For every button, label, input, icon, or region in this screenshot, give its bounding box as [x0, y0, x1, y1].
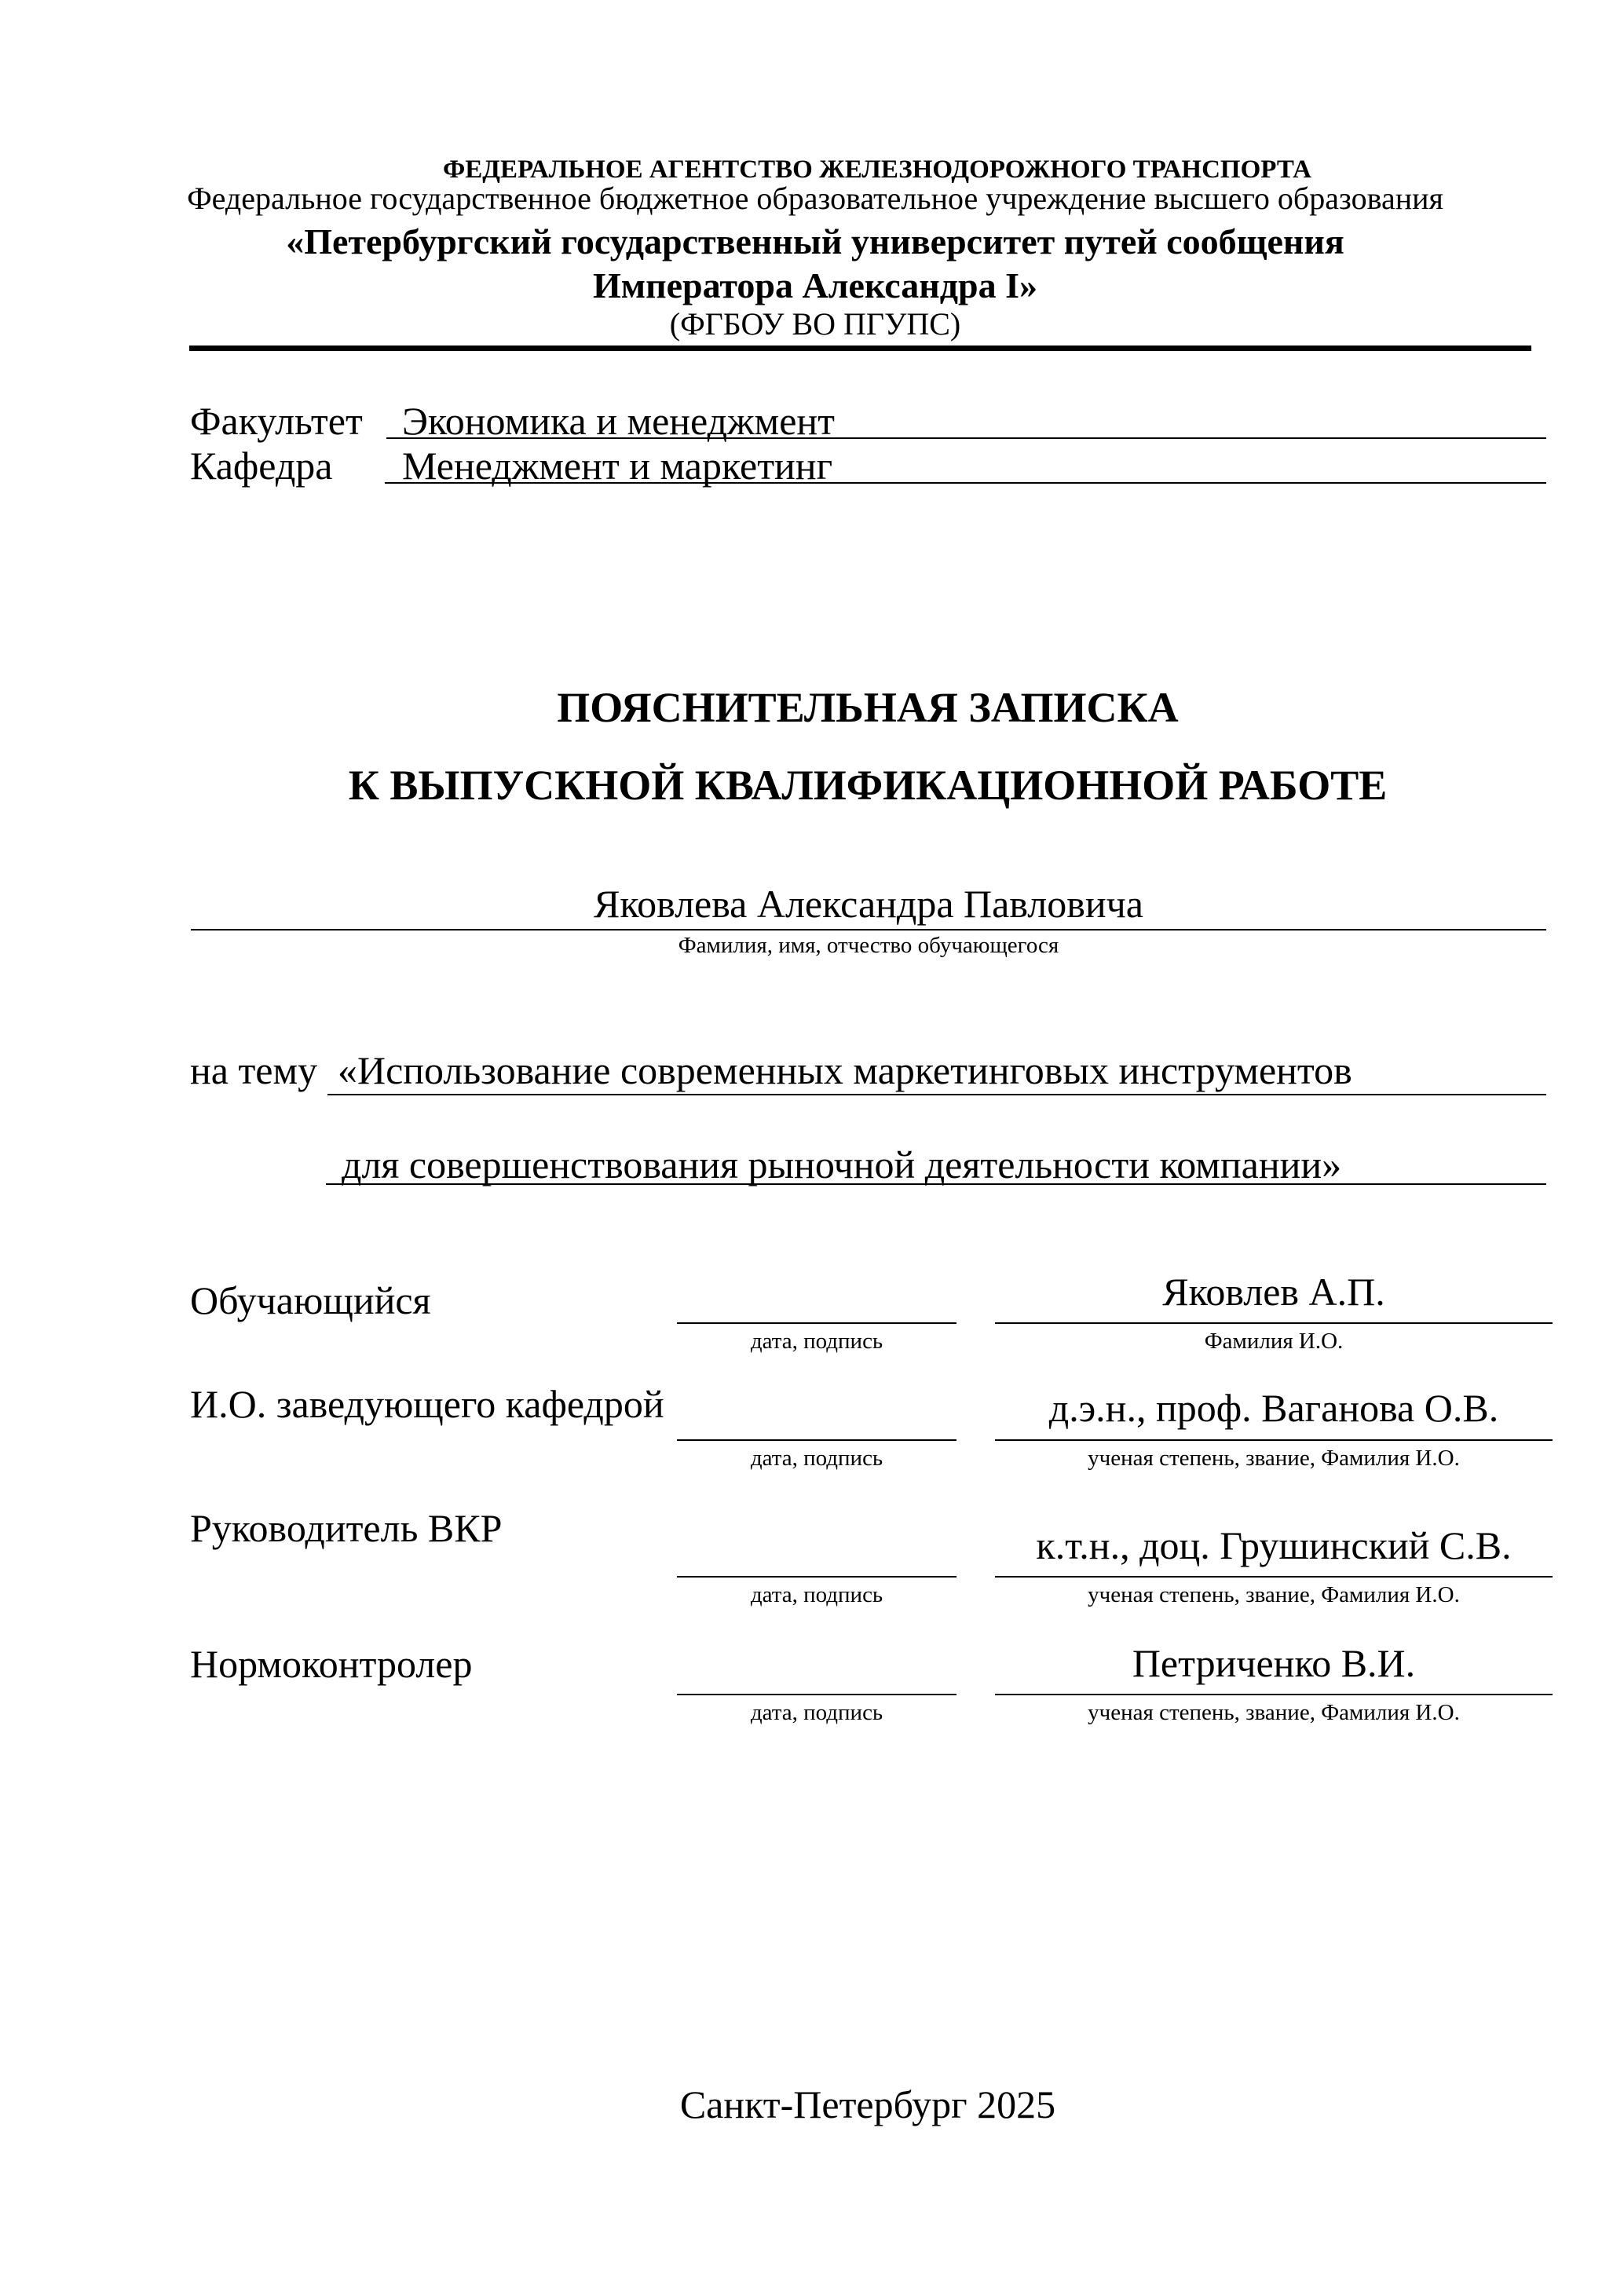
signature-name: к.т.н., доц. Грушинский С.В.	[995, 1526, 1553, 1565]
department-label: Кафедра	[190, 446, 332, 485]
topic-line1: «Использование современных маркетинговых…	[338, 1051, 1352, 1090]
signature-role: Нормоконтролер	[190, 1644, 472, 1684]
student-fullname: Яковлева Александра Павловича	[191, 884, 1546, 923]
signature-date-caption: дата, подпись	[677, 1447, 956, 1470]
faculty-value: Экономика и менеджмент	[402, 401, 835, 441]
topic-label: на тему	[190, 1051, 317, 1090]
department-underline	[385, 482, 1546, 484]
signature-name-line	[995, 1322, 1553, 1324]
signature-date-caption: дата, подпись	[677, 1702, 956, 1724]
signature-name-caption: ученая степень, звание, Фамилия И.О.	[995, 1584, 1553, 1607]
signature-role: И.О. заведующего кафедрой	[190, 1384, 664, 1424]
signature-date-line[interactable]	[677, 1322, 956, 1324]
signature-date-line[interactable]	[677, 1576, 956, 1578]
signature-name-line	[995, 1439, 1553, 1441]
signature-date-line[interactable]	[677, 1439, 956, 1441]
signature-name-caption: ученая степень, звание, Фамилия И.О.	[995, 1447, 1553, 1470]
university-name-line1: «Петербургский государственный университ…	[130, 224, 1500, 260]
signature-role: Обучающийся	[190, 1281, 431, 1320]
signature-date-caption: дата, подпись	[677, 1584, 956, 1607]
title-line2: К ВЫПУСКНОЙ КВАЛИФИКАЦИОННОЙ РАБОТЕ	[189, 764, 1546, 806]
faculty-underline	[386, 437, 1546, 439]
signature-name: д.э.н., проф. Ваганова О.В.	[995, 1388, 1553, 1428]
agency-name: ФЕДЕРАЛЬНОЕ АГЕНТСТВО ЖЕЛЕЗНОДОРОЖНОГО Т…	[0, 157, 1624, 183]
signature-name-line	[995, 1694, 1553, 1695]
student-fullname-underline	[191, 929, 1546, 930]
header-divider	[189, 345, 1531, 351]
signature-name: Яковлев А.П.	[995, 1272, 1553, 1311]
department-value: Менеджмент и маркетинг	[402, 446, 832, 485]
topic-underline1	[327, 1094, 1546, 1095]
signature-name-caption: ученая степень, звание, Фамилия И.О.	[995, 1702, 1553, 1724]
city-year: Санкт-Петербург 2025	[189, 2085, 1546, 2124]
signature-role: Руководитель ВКР	[190, 1508, 502, 1548]
signature-name-line	[995, 1576, 1553, 1578]
topic-underline2	[326, 1183, 1546, 1185]
institution-type: Федеральное государственное бюджетное об…	[130, 183, 1500, 214]
faculty-label: Факультет	[190, 401, 363, 441]
signature-name-caption: Фамилия И.О.	[995, 1330, 1553, 1353]
title-line1: ПОЯСНИТЕЛЬНАЯ ЗАПИСКА	[189, 686, 1546, 729]
university-abbreviation: (ФГБОУ ВО ПГУПС)	[130, 309, 1500, 340]
signature-date-line[interactable]	[677, 1694, 956, 1695]
topic-line2: для совершенствования рыночной деятельно…	[342, 1145, 1341, 1184]
student-fullname-caption: Фамилия, имя, отчество обучающегося	[191, 934, 1546, 957]
university-name-line2: Императора Александра I»	[130, 268, 1500, 304]
signature-date-caption: дата, подпись	[677, 1330, 956, 1353]
signature-name: Петриченко В.И.	[995, 1643, 1553, 1683]
